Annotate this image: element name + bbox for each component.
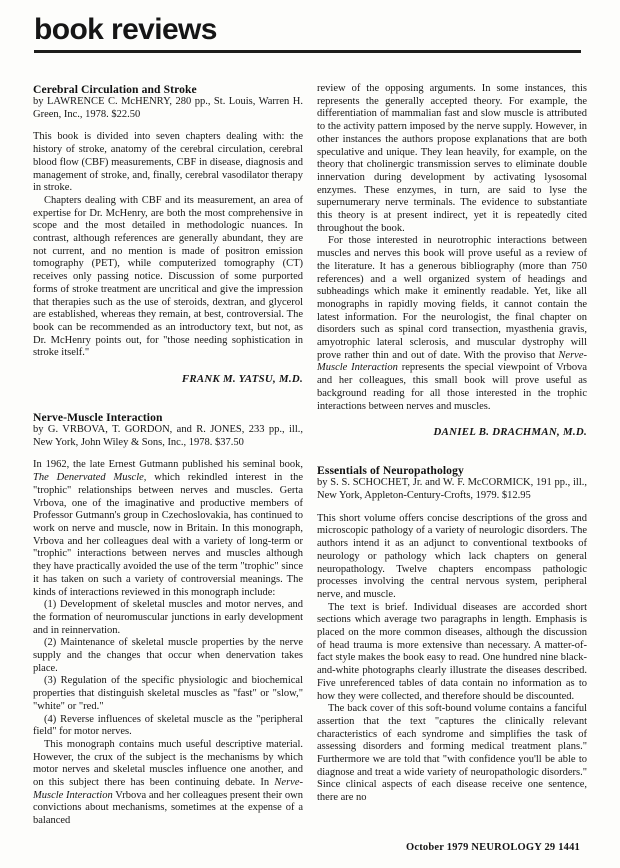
footer-citation: October 1979 NEUROLOGY 29 1441 [406, 842, 580, 853]
paragraph: In 1962, the late Ernest Gutmann publish… [33, 459, 303, 599]
journal-page: book reviews Cerebral Circulation and St… [0, 0, 620, 868]
text-segment: which rekindled interest in the "trophic… [33, 472, 303, 597]
review-byline: by G. VRBOVA, T. GORDON, and R. JONES, 2… [33, 424, 303, 449]
review-title-cerebral-circulation: Cerebral Circulation and Stroke [33, 83, 303, 96]
reviewer-signature: FRANK M. YATSU, M.D. [33, 373, 303, 385]
reviewer-signature: DANIEL B. DRACHMAN, M.D. [317, 426, 587, 438]
list-item: (2) Maintenance of skeletal muscle prope… [33, 637, 303, 675]
text-segment: For those interested in neurotrophic int… [317, 235, 587, 360]
text-segment: In 1962, the late Ernest Gutmann publish… [33, 459, 303, 470]
paragraph: Chapters dealing with CBF and its measur… [33, 195, 303, 360]
review-byline: by S. S. SCHOCHET, Jr. and W. F. McCORMI… [317, 477, 587, 502]
paragraph-continuation: review of the opposing arguments. In som… [317, 83, 587, 235]
paragraph: For those interested in neurotrophic int… [317, 235, 587, 413]
review-title-essentials-neuropathology: Essentials of Neuropathology [317, 464, 587, 477]
page-header: book reviews [0, 0, 620, 53]
text-segment: This monograph contains much useful desc… [33, 739, 303, 788]
paragraph: This short volume offers concise descrip… [317, 513, 587, 602]
review-byline: by LAWRENCE C. McHENRY, 280 pp., St. Lou… [33, 96, 303, 121]
review-title-nerve-muscle: Nerve-Muscle Interaction [33, 411, 303, 424]
paragraph: This book is divided into seven chapters… [33, 131, 303, 195]
list-item: (4) Reverse influences of skeletal muscl… [33, 714, 303, 739]
book-title-italic: The Denervated Muscle, [33, 472, 146, 483]
paragraph: The back cover of this soft-bound volume… [317, 703, 587, 805]
paragraph: The text is brief. Individual diseases a… [317, 602, 587, 704]
column-left: Cerebral Circulation and Stroke by LAWRE… [33, 83, 303, 828]
list-item: (1) Development of skeletal muscles and … [33, 599, 303, 637]
text-columns: Cerebral Circulation and Stroke by LAWRE… [0, 53, 620, 828]
page-title: book reviews [34, 14, 581, 46]
list-item: (3) Regulation of the specific physiolog… [33, 675, 303, 713]
paragraph: This monograph contains much useful desc… [33, 739, 303, 828]
column-right: review of the opposing arguments. In som… [317, 83, 587, 828]
